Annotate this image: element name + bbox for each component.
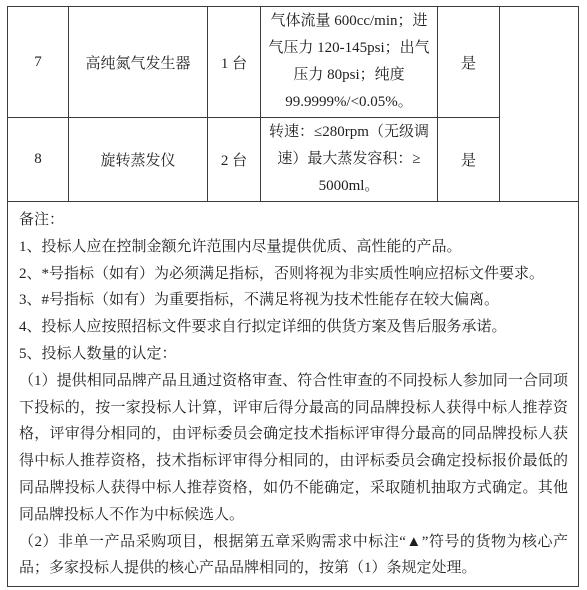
note-item-2: 2、*号指标（如有）为必须满足指标，否则将视为非实质性响应招标文件要求。	[19, 261, 568, 288]
item-number: 8	[8, 118, 69, 202]
item-quantity: 1 台	[208, 7, 261, 118]
notes-row: 备注： 1、投标人应在控制金额允许范围内尽量提供优质、高性能的产品。 2、*号指…	[8, 202, 579, 587]
item-number: 7	[8, 7, 69, 118]
note-item-5-sub-2: （2）非单一产品采购项目，根据第五章采购需求中标注“▲”符号的货物为核心产品；多…	[19, 529, 568, 583]
item-required-flag: 是	[438, 7, 500, 118]
note-item-3: 3、#号指标（如有）为重要指标，不满足将视为技术性能存在较大偏离。	[19, 287, 568, 314]
item-required-flag: 是	[438, 118, 500, 202]
notes-section: 备注： 1、投标人应在控制金额允许范围内尽量提供优质、高性能的产品。 2、*号指…	[8, 202, 579, 587]
note-item-1: 1、投标人应在控制金额允许范围内尽量提供优质、高性能的产品。	[19, 234, 568, 261]
item-name: 旋转蒸发仪	[69, 118, 208, 202]
item-spec: 转速：≤280rpm（无级调 速）最大蒸发容积：≥ 5000ml。	[261, 118, 438, 202]
table-row-7: 7 高纯氮气发生器 1 台 气体流量 600cc/min；进 气压力 120-1…	[8, 7, 579, 118]
equipment-table: 7 高纯氮气发生器 1 台 气体流量 600cc/min；进 气压力 120-1…	[7, 6, 579, 587]
table-row-8: 8 旋转蒸发仪 2 台 转速：≤280rpm（无级调 速）最大蒸发容积：≥ 50…	[8, 118, 579, 202]
notes-title: 备注：	[19, 207, 568, 234]
item-quantity: 2 台	[208, 118, 261, 202]
empty-merged-cell	[500, 7, 579, 202]
note-item-5: 5、投标人数量的认定：	[19, 341, 568, 368]
item-spec: 气体流量 600cc/min；进 气压力 120-145psi；出气 压力 80…	[261, 7, 438, 118]
note-item-4: 4、投标人应按照招标文件要求自行拟定详细的供货方案及售后服务承诺。	[19, 314, 568, 341]
document-page: 7 高纯氮气发生器 1 台 气体流量 600cc/min；进 气压力 120-1…	[0, 0, 587, 590]
item-name: 高纯氮气发生器	[69, 7, 208, 118]
note-item-5-sub-1: （1）提供相同品牌产品且通过资格审查、符合性审查的不同投标人参加同一合同项下投标…	[19, 368, 568, 529]
